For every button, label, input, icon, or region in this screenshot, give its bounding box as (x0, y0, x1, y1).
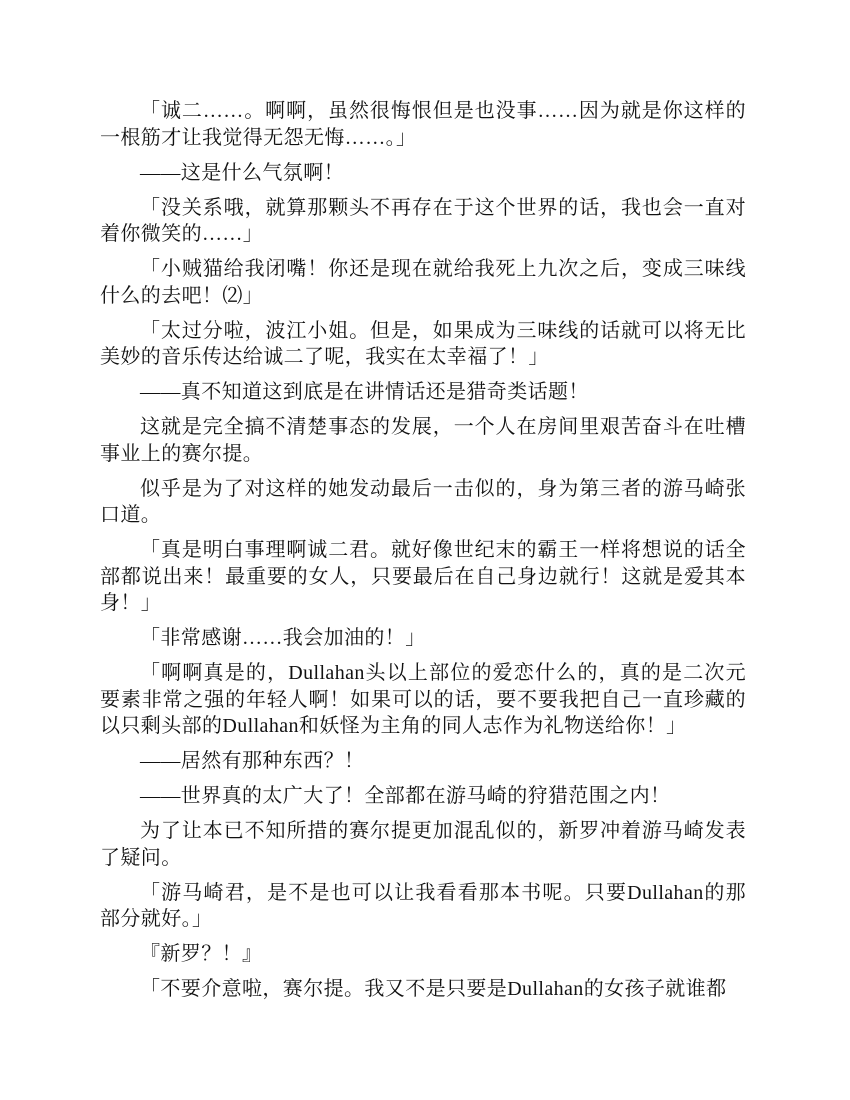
paragraph: 「没关系哦，就算那颗头不再存在于这个世界的话，我也会一直对着你微笑的……」 (100, 195, 746, 248)
paragraph: 『新罗？！』 (100, 941, 746, 968)
paragraph: ——居然有那种东西？！ (100, 748, 746, 775)
paragraph: 这就是完全搞不清楚事态的发展，一个人在房间里艰苦奋斗在吐槽事业上的赛尔提。 (100, 414, 746, 467)
paragraph: ——真不知道这到底是在讲情话还是猎奇类话题！ (100, 379, 746, 406)
paragraph: 「非常感谢……我会加油的！」 (100, 625, 746, 652)
paragraph-continued: 「不要介意啦，赛尔提。我又不是只要是Dullahan的女孩子就谁都 (100, 976, 746, 1003)
paragraph: 「啊啊真是的，Dullahan头以上部位的爱恋什么的，真的是二次元要素非常之强的… (100, 660, 746, 740)
paragraph: 「太过分啦，波江小姐。但是，如果成为三味线的话就可以将无比美妙的音乐传达给诚二了… (100, 318, 746, 371)
paragraph: 「小贼猫给我闭嘴！你还是现在就给我死上九次之后，变成三味线什么的去吧！⑵」 (100, 256, 746, 309)
paragraph: ——世界真的太广大了！全部都在游马崎的狩猎范围之内！ (100, 783, 746, 810)
paragraph: 「游马崎君，是不是也可以让我看看那本书呢。只要Dullahan的那部分就好。」 (100, 880, 746, 933)
paragraph: 「诚二……。啊啊，虽然很悔恨但是也没事……因为就是你这样的一根筋才让我觉得无怨无… (100, 98, 746, 151)
paragraph: 似乎是为了对这样的她发动最后一击似的，身为第三者的游马崎张口道。 (100, 476, 746, 529)
document-page: 「诚二……。啊啊，虽然很悔恨但是也没事……因为就是你这样的一根筋才让我觉得无怨无… (100, 98, 746, 1011)
paragraph: 为了让本已不知所措的赛尔提更加混乱似的，新罗冲着游马崎发表了疑问。 (100, 818, 746, 871)
paragraph: 「真是明白事理啊诚二君。就好像世纪末的霸王一样将想说的话全部都说出来！最重要的女… (100, 537, 746, 617)
paragraph: ——这是什么气氛啊！ (100, 160, 746, 187)
